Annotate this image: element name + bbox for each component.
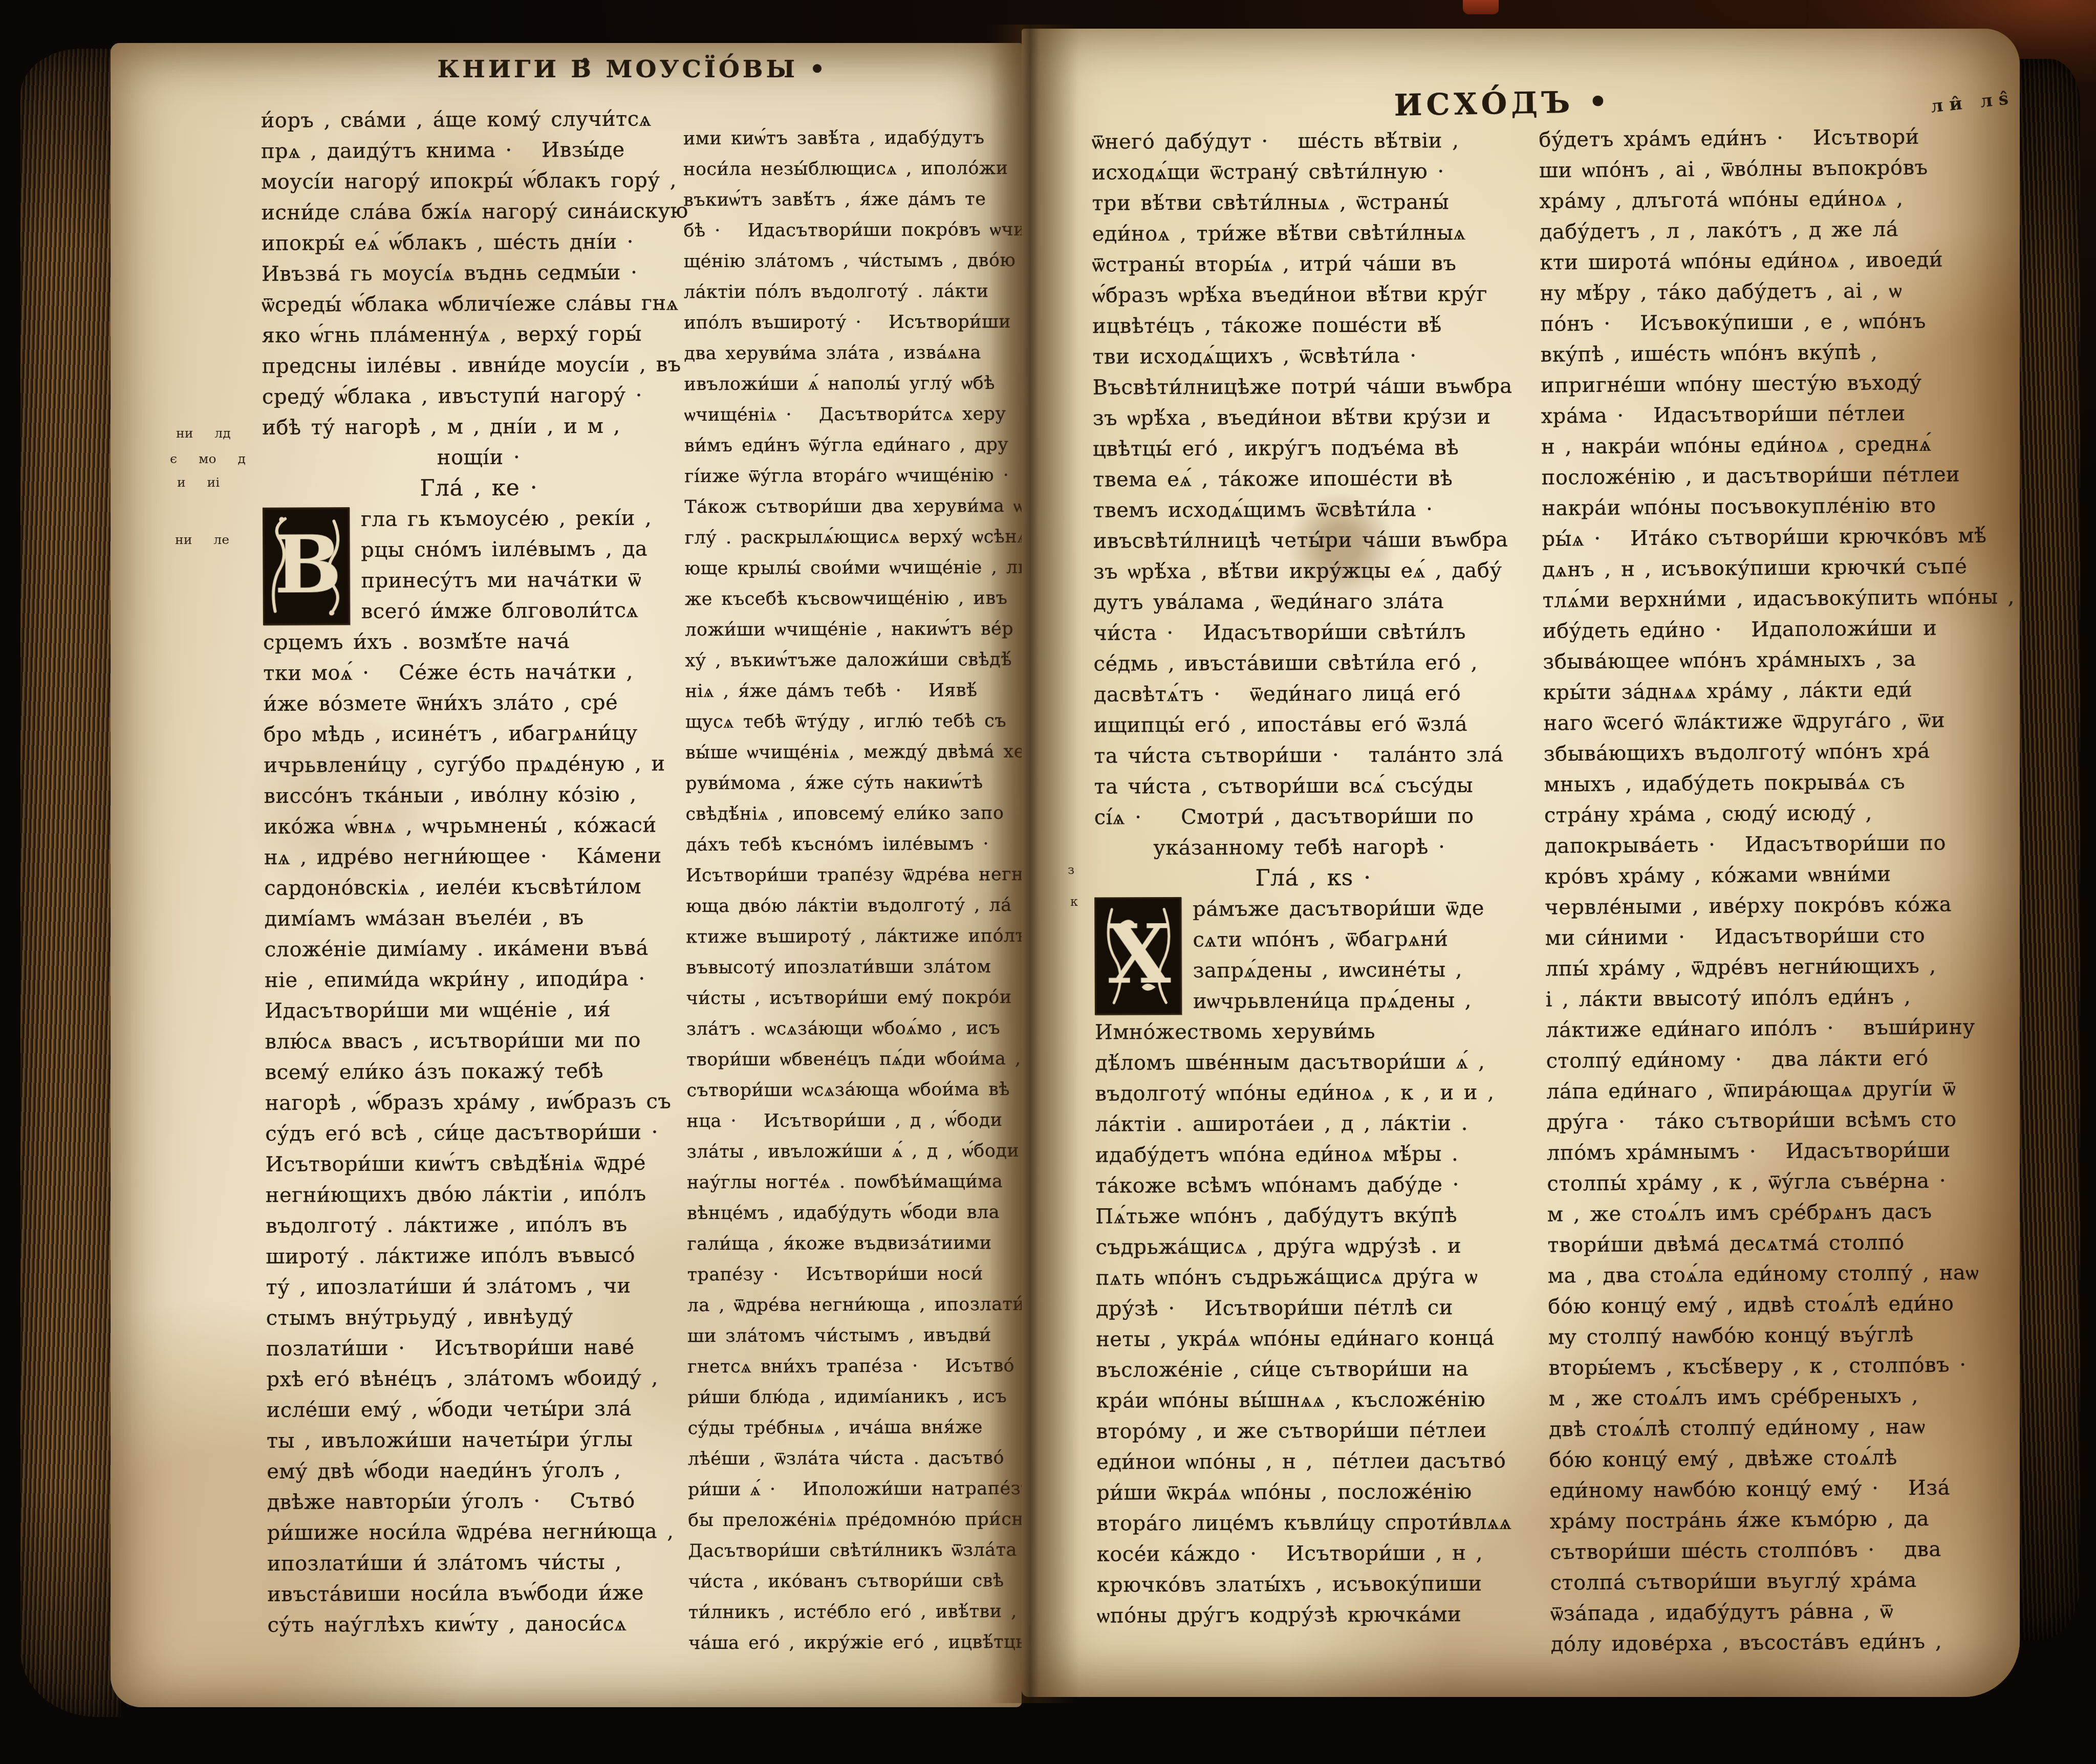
text-line: да́хъ тебѣ късно́мъ іиле́вымъ ·	[686, 829, 1026, 860]
text-line: прѧ , даиду́тъ книма · Ивзы́де	[261, 134, 694, 167]
text-line: въвысоту́ ипозлати́вши зла́том	[686, 951, 1026, 983]
running-title-left: КНИГИ В̂ МОУСЇО́ВЫ •	[418, 55, 848, 83]
text-line: ви́мъ еди́нъ ѿу́гла еди́наго , дру	[684, 429, 1025, 461]
text-line: лпо́мъ хра́мнымъ · Идасътвори́ши	[1547, 1134, 2014, 1168]
text-line: дру́зѣ · Исътвори́ши пе́тлѣ си	[1096, 1292, 1533, 1324]
right-column-1: ѿнего́ дабу́дут · ше́сть вѣ́твіи ,исходѧ…	[1092, 125, 1535, 1631]
text-line: нагорѣ , ѡ́бразъ хра́му , иѡ́бразъ съ	[265, 1086, 698, 1119]
text-line: двѣ стоѧ́лѣ столпу́ еди́ному , наѡ	[1549, 1410, 2016, 1445]
text-line: ри́ши блю́да , идимі́аникъ , исъ	[687, 1381, 1028, 1413]
text-line: ла , ѿдре́ва негни́юща , ипозлати́	[687, 1289, 1028, 1321]
ornate-initial-v: В	[263, 507, 350, 625]
text-line: гали́ща , я́коже въдвиза́тиими	[687, 1228, 1027, 1259]
text-line: до́лу идове́рха , въсоста́въ еди́нъ ,	[1550, 1625, 2017, 1660]
text-line: ими киѡ́тъ завѣ́та , идабу́дутъ	[683, 122, 1024, 154]
text-line: дѣ́ломъ шве́нным дасътвори́ши ѧ́ ,	[1095, 1047, 1532, 1079]
text-line: свѣдѣ́ніѧ , иповсему́ ели́ко запо	[685, 798, 1026, 830]
text-line: м , же стоѧ́лъ имъ сре́брѧнъ дасъ	[1547, 1195, 2014, 1230]
text-line: ицвѣте́цъ , та́коже поше́сти вѣ́	[1092, 310, 1530, 342]
text-line: хра́му постра́нь я́же къмо́рю , да	[1549, 1502, 2016, 1537]
text-line: ипокры́ еѧ́ ѡ́блакъ , ше́сть дні́и ·	[262, 226, 694, 259]
initial-letter: Х	[1107, 906, 1171, 1003]
left-page: КНИГИ В̂ МОУСЇО́ВЫ • ни лд є мо д и иі н…	[111, 43, 1022, 1707]
text-line: стра́ну хра́ма , сюду́ исюду́ ,	[1544, 796, 2011, 831]
text-line: зъ ѡрѣ́ха , вѣ́тви икру́жцы еѧ́ , дабу́	[1093, 555, 1531, 587]
text-line: яко ѡ́гнь пла́менну́ѧ , верху́ горы́	[262, 318, 694, 351]
text-line: дабу́детъ , л , лако́тъ , д же ла́	[1540, 213, 2006, 247]
text-line: дру́га · та́ко сътвори́ши всѣмъ сто	[1546, 1103, 2013, 1138]
text-line: стымъ вну́трьуду́ , ивнѣуду́	[266, 1301, 699, 1334]
text-line: ще́нію зла́томъ , чи́стымъ , дво́ю	[684, 245, 1024, 277]
text-line: ры́ѧ · Ита́ко сътвори́ши крючко́въ мѣ́	[1542, 520, 2008, 554]
text-line: ри́ши ѿкра́ѧ ѡпо́ны , посложе́нію	[1096, 1476, 1534, 1509]
text-line: Дасътвори́ши свѣти́лникъ ѿзла́та	[688, 1535, 1028, 1566]
page-edges-left	[20, 49, 121, 1717]
text-line: ши ѡпо́нъ , аі , ѿво́лны въпокро́въ	[1539, 151, 2006, 186]
text-line: кры́ти за́днѧѧ хра́му , ла́кти еди́	[1543, 673, 2010, 708]
text-line: руви́мома , я́же су́ть накиѡ́тѣ	[685, 767, 1026, 799]
left-column-1: и́оръ , сва́ми , а́ще кому́ случи́тсѧпрѧ…	[261, 103, 700, 1641]
text-line: столпа́ сътвори́ши въуглу́ хра́ма	[1550, 1564, 2017, 1598]
text-line: ла́па еди́наго , ѿпира́ющаѧ другі́и ѿ	[1546, 1073, 2013, 1107]
text-line: ты , ивъложи́ши начеты́ри у́глы	[267, 1424, 699, 1456]
text-line: среду́ ѡ́блака , ивъступи́ нагору́ ·	[262, 380, 695, 412]
folio-number: ли̂ лѕ̂	[1930, 88, 2015, 117]
text-line: же късебѣ късвоѡчище́нію , ивъ	[685, 583, 1025, 615]
margin-note: ни лд	[176, 426, 231, 441]
text-line: дасвѣтѧ́тъ · ѿеди́наго лица́ его́	[1094, 678, 1531, 710]
text-line: ла́ктіи . аширота́еи , д , ла́ктіи .	[1095, 1108, 1533, 1140]
text-line: позлати́ши · Исътвори́ши наве́	[266, 1332, 699, 1364]
text-line: вторы́емъ , късѣ́веру , к , столпо́въ ·	[1548, 1349, 2015, 1383]
text-line: вѣнце́мъ , идабу́дуть ѡ́боди вла	[687, 1197, 1027, 1229]
text-line: ибѣ ту́ нагорѣ , м , дні́и , и м ,	[262, 410, 695, 443]
text-line: ѿза́пада , идабу́дутъ ра́вна , ѿ	[1550, 1595, 2017, 1629]
text-line: чи́ста · Идасътвори́ши свѣти́лъ	[1093, 617, 1531, 649]
text-line: исле́ши ему́ , ѡ́боди четы́ри зла́	[266, 1393, 699, 1426]
text-line: Та́кож сътвори́ши два херуви́ма ѡбо́ю	[684, 491, 1025, 522]
text-line: еди́ному наѡбо́ю концу́ ему́ · Иза́	[1549, 1472, 2016, 1506]
text-line: въдолготу́ . ла́ктиже , ипо́лъ въ	[266, 1209, 698, 1242]
text-line: широту́ . ла́ктиже ипо́лъ въвысо́	[266, 1239, 698, 1272]
text-line: ніе , епими́да ѡкри́ну , иподи́ра ·	[265, 963, 697, 996]
text-line: и́же во́змете ѿни́хъ зла́то , сре́	[263, 687, 696, 720]
text-line: твори́ши ѡбвене́цъ пѧ́ди ѡбои́ма , и	[686, 1043, 1027, 1075]
text-line: и́оръ , сва́ми , а́ще кому́ случи́тсѧ	[261, 103, 693, 136]
text-line: Имно́жествомь херуви́мь	[1095, 1016, 1532, 1048]
text-line: Пѧ́тьже ѡпо́нъ , дабу́дутъ вку́пѣ	[1095, 1200, 1533, 1232]
text-line: цвѣтцы́ его́ , икру́гъ подъе́ма вѣ	[1093, 432, 1530, 465]
text-line: пѧть ѡпо́нъ съдрьжа́щисѧ дру́га ѡ	[1096, 1261, 1533, 1294]
text-line: хра́му , длъгота́ ѡпо́ны еди́ноѧ ,	[1539, 182, 2006, 216]
text-line: гі́иже ѿу́гла втора́го ѡчище́нію ·	[684, 460, 1025, 492]
text-line: н , накра́и ѡпо́ны еди́ноѧ , среднѧ́	[1541, 428, 2008, 462]
text-line: твема еѧ́ , та́коже ипоше́сти вѣ	[1093, 463, 1530, 495]
text-line: червле́ными , иве́рху покро́въ ко́жа	[1545, 888, 2012, 923]
page-edges-right	[2018, 59, 2080, 1640]
text-line: твори́ши двѣма́ десѧтма́ столпо́	[1547, 1226, 2014, 1260]
text-line: наго ѿсего́ ѿла́ктиже ѿдруга́го , ѿи	[1543, 704, 2010, 738]
text-line: м , же стоѧ́лъ имъ сре́бреныхъ ,	[1549, 1380, 2016, 1414]
text-line: носи́ла незы́блющисѧ , иполо́жи	[683, 153, 1024, 185]
text-line: ука́занному тебѣ нагорѣ ·	[1094, 832, 1532, 864]
text-line: і , ла́кти ввысоту́ ипо́лъ еди́нъ ,	[1545, 981, 2012, 1015]
text-line: исни́де сла́ва бжі́ѧ нагору́ сина́искую	[261, 195, 694, 228]
text-line: бо́ю концу́ ему́ , идвѣ стоѧ́лѣ еди́но	[1548, 1288, 2015, 1322]
text-line: Ивъзва́ гь моусі́ѧ въднь седмы́и ·	[262, 257, 694, 290]
text-line: нца · Исътвори́ши , д , ѡ́боди	[686, 1105, 1027, 1137]
text-line: та чи́ста сътвори́ши · тала́нто зла́	[1094, 739, 1531, 772]
text-line: ищипцы́ его́ , ипоста́вы его́ ѿзла́	[1094, 709, 1531, 741]
text-line: ѿстраны́ вторы́ѧ , итри́ ча́ши въ	[1092, 248, 1530, 280]
text-line: твемъ исходѧ́щимъ ѿсвѣти́ла ·	[1093, 494, 1530, 526]
text-line: негни́ющихъ дво́ю ла́ктіи , ипо́лъ	[266, 1178, 698, 1211]
text-line: двѣже навторы́и у́голъ · Сътво́	[267, 1485, 699, 1518]
text-line: ичрьвлени́цу , сугу́бо прѧде́ную , и	[264, 748, 696, 781]
text-line: ма , два стоѧ́ла еди́ному столпу́ , наѡ	[1548, 1257, 2015, 1291]
text-line: ніѧ , я́же да́мъ тебѣ · Иявѣ́	[685, 675, 1026, 707]
margin-note: ни ле	[175, 532, 229, 547]
ornate-initial-x: Х	[1094, 897, 1182, 1015]
text-line: ивъста́виши носи́ла въѡ́боди и́же	[267, 1577, 700, 1610]
text-line: лѣе́ши , ѿзла́та чи́ста . дасътво́	[688, 1443, 1028, 1474]
text-line: въдолготу́ ѡпо́ны еди́ноѧ , к , и и ,	[1095, 1077, 1532, 1109]
text-line: сложе́ніе димі́аму . ика́мени въва́	[265, 932, 697, 965]
text-line: крючко́въ златы́хъ , исъвоку́пиши	[1097, 1568, 1535, 1600]
text-line: збыва́ющее ѡпо́нъ хра́мныхъ , за	[1543, 643, 2009, 677]
text-line: су́дъ его́ всѣ , си́це дасътвори́ши ·	[265, 1117, 698, 1149]
text-line: моусі́и нагору́ ипокры́ ѡ́блакъ гору́ ,	[261, 165, 694, 198]
text-line: дапокрыва́еть · Идасътвори́ши по	[1544, 827, 2011, 861]
text-line: Исътвори́ши киѡ́тъ свѣдѣ́ніѧ ѿдре́	[265, 1147, 698, 1180]
text-line: юще крылы́ свои́ми ѡчище́ніе , ли́ца	[685, 552, 1025, 584]
text-line: су́ть нау́глѣхъ киѡ́ту , даноси́сѧ	[267, 1608, 700, 1641]
text-line: лпы́ хра́му , ѿдре́въ негни́ющихъ ,	[1545, 950, 2012, 984]
text-line: се́дмь , ивъста́виши свѣти́ла его́ ,	[1093, 647, 1531, 680]
text-line: чи́ста , ико́ванъ сътвори́ши свѣ	[688, 1565, 1029, 1597]
text-line: ипо́лъ въшироту́ · Исътвори́ши	[684, 307, 1024, 338]
text-line: чи́сты , исътвори́ши ему́ покро́и	[686, 982, 1027, 1014]
text-line: бы преложе́ніѧ пре́домно́ю при́сно ·	[688, 1504, 1028, 1536]
text-line: по́нъ · Исъвоку́пиши , е , ѡпо́нъ	[1540, 305, 2007, 339]
initial-letter: В	[274, 517, 342, 611]
chapter-heading-25: Гла́ , ке ·	[263, 472, 695, 505]
text-line: мныхъ , идабу́деть покрыва́ѧ съ	[1544, 766, 2011, 800]
chapter-end-line: нощі́и ·	[262, 441, 695, 474]
text-line: ѿсреды́ ѡ́блака ѡбличі́еже сла́вы гнѧ	[262, 288, 694, 320]
text-line: ѡ́бразъ ѡрѣ́ха въеди́нои вѣ́тви кру́г	[1092, 279, 1530, 311]
text-line: нѧ , идре́во негни́ющее · Ка́мени	[264, 840, 697, 873]
text-line: щусѧ тебѣ ѿту́ду , иглю́ тебѣ съ	[685, 706, 1026, 737]
text-line: ѡчище́ніѧ · Дасътвори́тсѧ херу	[684, 399, 1025, 430]
text-line: исходѧ́щи ѿстрану́ свѣти́лную ·	[1092, 156, 1529, 188]
text-line: виссо́нъ тка́ныи , иво́лну ко́зію ,	[264, 779, 696, 812]
text-line: зъ ѡрѣ́ха , въеди́нои вѣ́тви кру́зи и	[1093, 402, 1530, 434]
text-line: неты , укра́ѧ ѡпо́ны еди́наго конца́	[1096, 1323, 1533, 1355]
text-line: три вѣ́тви свѣти́лныѧ , ѿстраны́	[1092, 187, 1529, 219]
text-line: ему́ двѣ ѡ́боди наеди́нъ у́голъ ,	[267, 1454, 699, 1487]
text-line: съдрьжа́щисѧ , дру́га ѡдру́зѣ . и	[1095, 1231, 1533, 1263]
text-line: ху́ , въкиѡ́тъже даложи́ши свѣдѣ́	[685, 644, 1025, 676]
text-line: ипозлати́ши и́ зла́томъ чи́сты ,	[267, 1547, 700, 1579]
book-photo-scene: КНИГИ В̂ МОУСЇО́ВЫ • ни лд є мо д и иі н…	[0, 0, 2096, 1764]
chapter-heading-26: Гла́ , кѕ ·	[1094, 862, 1532, 895]
text-line: ри́ши ѧ́ · Иположи́ши натрапе́зѣ хлѣ́	[688, 1473, 1028, 1505]
text-line: ибу́деть еди́но · Идаположи́ши и	[1543, 612, 2009, 646]
text-line: въсложе́ніе , си́це сътвори́ши на	[1096, 1354, 1533, 1386]
margin-note: и иі	[177, 475, 220, 490]
text-line: дутъ ува́лама , ѿеди́наго зла́та	[1093, 586, 1531, 618]
text-line: ико́жа ѡ́внѧ , ѡчрьмнены́ , ко́жаси́	[264, 810, 696, 842]
text-line: идабу́детъ ѡпо́на еди́ноѧ мѣ́ры .	[1095, 1139, 1533, 1171]
text-line: бу́детъ хра́мъ еди́нъ · Исътвори́	[1539, 121, 2005, 155]
text-line: втора́го лице́мъ къвли́цу спроти́влѧѧ	[1096, 1507, 1534, 1539]
left-column-2: ими киѡ́тъ завѣ́та , идабу́дутъноси́ла н…	[683, 122, 1029, 1659]
text-line: всему́ ели́ко а́зъ покажу́ тебѣ	[265, 1055, 698, 1088]
text-line: срцемъ и́хъ . возмѣ́те нача́	[263, 625, 696, 658]
text-line: зла́тъ . ѡсѧза́ющи ѡбоѧ́мо , исъ	[686, 1013, 1027, 1044]
text-line: гнетсѧ вни́хъ трапе́за · Исътво́	[687, 1351, 1028, 1382]
text-line: въкиѡ́тъ завѣ́тъ , я́же да́мъ те	[683, 184, 1024, 215]
text-line: бро мѣдь , исине́тъ , ибагрѧни́цу	[264, 717, 696, 750]
text-line: кро́въ хра́му , ко́жами ѡвни́ми	[1545, 858, 2012, 892]
text-line: та чи́ста , сътвори́ши всѧ́ съсу́ды	[1094, 770, 1531, 802]
text-line: нау́глы ногте́ѧ . поѡбѣи́мащи́ма	[687, 1166, 1027, 1198]
text-line: ипригне́ши ѡпо́ну шесту́ю въходу́	[1541, 366, 2007, 401]
text-line: ла́ктиже еди́наго ипо́лъ · въши́рину	[1546, 1011, 2013, 1046]
text-line: столпу́ еди́ному · два ла́кти его́	[1546, 1042, 2013, 1076]
text-line: ши зла́томъ чи́стымъ , ивъдви́	[687, 1320, 1028, 1352]
text-line: та́коже всѣмъ ѡпо́намъ дабу́де ·	[1095, 1169, 1533, 1202]
text-line: кти широта́ ѡпо́ны еди́ноѧ , ивоеди́	[1540, 244, 2006, 278]
text-line: ла́ктіи по́лъ въдолготу́ . ла́кти	[684, 276, 1024, 308]
text-line: кра́и ѡпо́ны вы́шнѧѧ , късложе́нію	[1096, 1384, 1533, 1417]
text-line: косе́и ка́ждо · Исътвори́ши , н ,	[1097, 1538, 1535, 1570]
text-line: бѣ · Идасътвори́ши покро́въ ѡчи	[683, 214, 1024, 246]
right-column-2: бу́детъ хра́мъ еди́нъ · Исътвори́ши ѡпо́…	[1539, 121, 2018, 1660]
text-line: трапе́зу · Исътвори́ши носи́	[687, 1258, 1028, 1290]
text-line: збыва́ющихъ въдолготу́ ѡпо́нъ хра́	[1544, 735, 2011, 769]
text-line: дѧнъ , н , исъвоку́пиши крючки́ съпе́	[1542, 551, 2009, 585]
text-line: бо́ю концу́ ему́ , двѣже стоѧ́лѣ	[1549, 1441, 2016, 1475]
text-line: ктиже въшироту́ , ла́ктиже ипо́лъ	[686, 921, 1026, 952]
text-line: сътвори́ши ѡсѧза́юща ѡбои́ма вѣ	[686, 1074, 1027, 1106]
text-line: столпы́ хра́му , к , ѿу́гла съве́рна ·	[1547, 1165, 2014, 1199]
bookmark-ribbon	[1463, 0, 1499, 14]
running-title-right: ИСХО́ДЪ •	[1349, 83, 1656, 123]
text-line: юща дво́ю ла́ктіи въдолготу́ , ла́	[686, 890, 1026, 922]
text-line: ивъложи́ши ѧ́ наполы́ углу́ ѡбѣ	[684, 368, 1024, 400]
text-line: Исътвори́ши трапе́зу ѿдре́ва негни́	[686, 859, 1026, 891]
text-line: второ́му , и же сътвори́ши пе́тлеи	[1096, 1415, 1534, 1447]
text-line: ѿнего́ дабу́дут · ше́сть вѣ́твіи ,	[1092, 125, 1529, 158]
text-line: влю́сѧ ввасъ , исътвори́ши ми по	[265, 1025, 697, 1057]
text-line: сі́ѧ · Смотри́ , дасътвори́ши по	[1094, 801, 1531, 833]
text-line: ивъсвѣти́лницѣ четы́ри ча́ши въѡбра	[1093, 525, 1531, 557]
text-line: ча́ша его́ , икру́жіе его́ , ицвѣ́тцы	[688, 1627, 1029, 1659]
text-line: рхѣ его́ вѣне́цъ , зла́томъ ѡбоиду́ ,	[266, 1362, 699, 1395]
text-line: димі́амъ ѡма́зан въеле́и , въ	[264, 902, 697, 934]
text-line: Идасътвори́ши ми ѡще́ніе , ия́	[265, 994, 697, 1027]
margin-note: к	[1070, 895, 1078, 909]
text-line: хра́ма · Идасътвори́ши пе́тлеи	[1541, 397, 2007, 431]
text-line: ложи́ши ѡчище́ніе , накиѡ́тъ ве́р	[685, 614, 1025, 645]
text-line: еди́ноѧ , три́же вѣ́тви свѣти́лныѧ	[1092, 217, 1529, 250]
text-line: су́ды тре́бныѧ , ича́ша вня́же	[688, 1412, 1028, 1444]
text-line: ти́лникъ , исте́бло его́ , ивѣ́тви , и	[688, 1596, 1029, 1628]
right-page: ИСХО́ДЪ • ли̂ лѕ̂ з к ѿнего́ дабу́дут · …	[1022, 29, 2020, 1697]
text-line: два херуви́ма зла́та , изва́ѧна	[684, 337, 1024, 369]
text-line: ну мѣ́ру , та́ко дабу́детъ , аі , ѡ	[1540, 274, 2007, 309]
text-line: Въсвѣти́лницѣже потри́ ча́ши въѡбра	[1093, 371, 1530, 403]
text-line: тки моѧ́ · Се́же е́сть нача́тки ,	[263, 656, 696, 689]
text-line: накра́и ѡпо́ны посъвокупле́нію вто	[1542, 489, 2008, 524]
text-line: ми си́ними · Идасътвори́ши сто	[1545, 919, 2012, 953]
margin-note: з	[1068, 863, 1074, 877]
text-line: предсны іиле́вы . ивни́де моусі́и , въ	[262, 349, 695, 382]
margin-note: є мо д	[170, 451, 246, 466]
text-line: му столпу́ наѡбо́ю концу́ въу́глѣ	[1548, 1318, 2015, 1353]
text-line: тви исходѧ́щихъ , ѿсвѣти́ла ·	[1092, 340, 1530, 373]
text-line: тлѧ́ми верхни́ми , идасъвоку́пить ѡпо́ны…	[1542, 581, 2009, 616]
text-line: глу́ . раскрылѧ́ющисѧ верху́ ѡсѣнѧ́	[684, 521, 1025, 553]
text-line: ту́ , ипозлати́ши и́ зла́томъ , чи	[266, 1270, 698, 1303]
text-line: посложе́нію , и дасътвори́ши пе́тлеи	[1541, 459, 2008, 493]
text-line: ѡпо́ны дру́гъ кодру́зѣ крючка́ми	[1097, 1599, 1535, 1631]
text-line: зла́ты , ивъложи́ши ѧ́ , д , ѡ́боди	[687, 1136, 1027, 1167]
text-line: вку́пѣ , ише́сть ѡпо́нъ вку́пѣ ,	[1541, 336, 2007, 370]
text-line: сардоно́вскіѧ , иеле́и късвѣти́лом	[264, 871, 697, 904]
text-line: вы́ше ѡчище́ніѧ , между́ двѣма́ хе	[685, 736, 1026, 768]
text-line: ри́шиже носи́ла ѿдре́ва негни́юща ,	[267, 1516, 700, 1549]
text-line: сътвори́ши ше́сть столпо́въ · два	[1550, 1533, 2017, 1567]
text-line: еди́нои ѡпо́ны , н , пе́тлеи дасътво́	[1096, 1446, 1534, 1478]
